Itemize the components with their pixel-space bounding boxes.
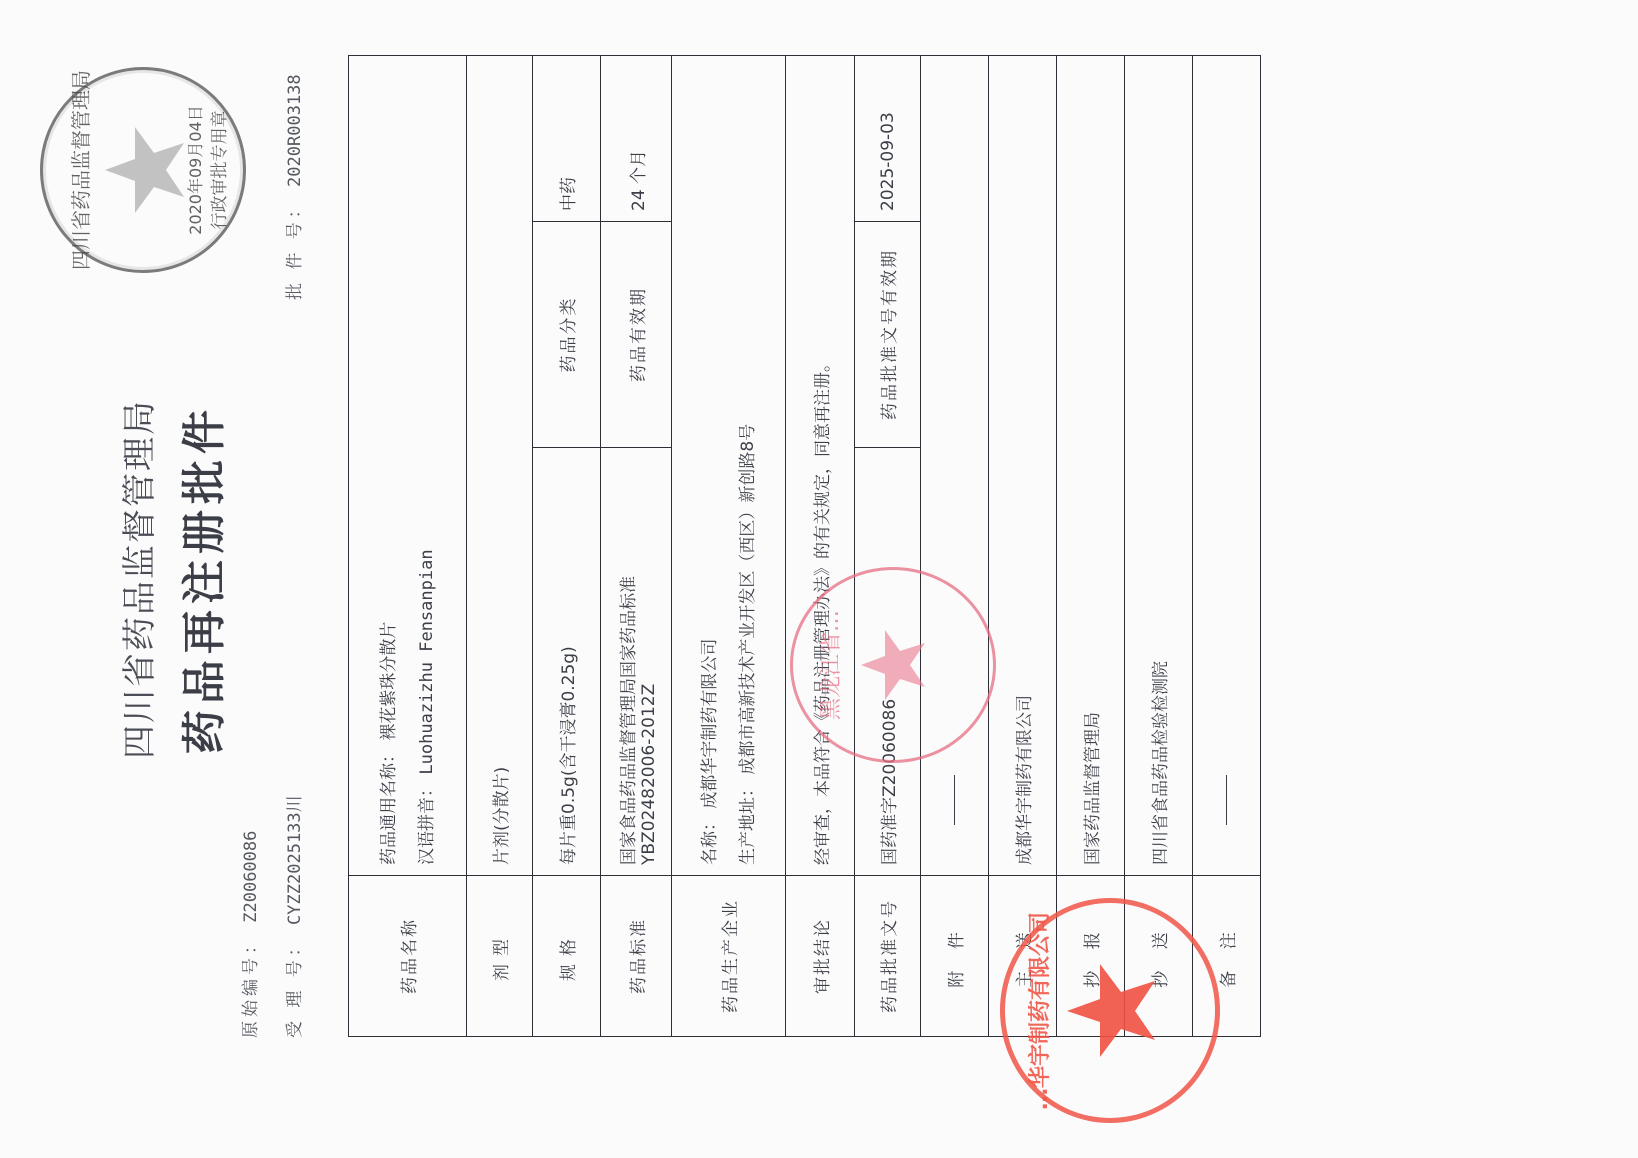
issuing-authority: 四川省药品监督管理局 bbox=[112, 0, 161, 1158]
row-copy-to: 抄 送 四川省食品药品检验检测院 bbox=[1125, 56, 1193, 1037]
generic-name-label: 药品通用名称： bbox=[379, 746, 399, 865]
row-conclusion: 审批结论 经审查，本品符合《药品注册管理办法》的有关规定，同意再注册。 bbox=[786, 56, 855, 1037]
acceptance-number-label: 受 理 号： bbox=[285, 935, 305, 1038]
standard-value: 国家食品药品监督管理局国家药品标准 YBZ02482006-2012Z bbox=[601, 448, 672, 876]
row-drug-name: 药品名称 药品通用名称： 裸花紫珠分散片 汉语拼音： Luohuazizhu F… bbox=[349, 56, 467, 1037]
validity-label: 药品批准文号有效期 bbox=[855, 222, 921, 448]
attachment-value bbox=[921, 56, 989, 876]
row-main-recipient: 主 送 成都华宇制药有限公司 bbox=[989, 56, 1057, 1037]
category-value: 中药 bbox=[533, 56, 601, 222]
main-recipient-label: 主 送 bbox=[989, 876, 1057, 1037]
approval-doc-value: 国药准字Z20060086 bbox=[855, 448, 921, 876]
pinyin-value: Luohuazizhu Fensanpian bbox=[417, 549, 437, 774]
row-approval-doc: 药品批准文号 国药准字Z20060086 药品批准文号有效期 2025-09-0… bbox=[855, 56, 921, 1037]
manufacturer-name-label: 名称： bbox=[700, 814, 720, 865]
original-number-label: 原始编号： bbox=[241, 933, 261, 1038]
manufacturer-name: 名称： 成都华宇制药有限公司 bbox=[691, 66, 729, 865]
pinyin-name: 汉语拼音： Luohuazizhu Fensanpian bbox=[408, 66, 446, 865]
remarks-label: 备 注 bbox=[1193, 876, 1261, 1037]
shelf-life-label: 药品有效期 bbox=[601, 222, 672, 448]
empty-dash bbox=[1226, 775, 1227, 825]
approval-number: 批 件 号： 2020R003138 bbox=[280, 74, 305, 300]
dosage-form-value: 片剂(分散片) bbox=[467, 56, 533, 876]
validity-value: 2025-09-03 bbox=[855, 56, 921, 222]
remarks-value bbox=[1193, 56, 1261, 876]
standard-label: 药品标准 bbox=[601, 876, 672, 1037]
acceptance-number: 受 理 号： CYZZ2025133川 bbox=[280, 795, 305, 1038]
original-number-value: Z20060086 bbox=[241, 831, 261, 923]
svg-text:四川省药品监督管理局: 四川省药品监督管理局 bbox=[69, 70, 93, 270]
approval-doc-label: 药品批准文号 bbox=[855, 876, 921, 1037]
shelf-life-value: 24 个月 bbox=[601, 56, 672, 222]
manufacturer-label: 药品生产企业 bbox=[672, 876, 786, 1037]
attachment-label: 附 件 bbox=[921, 876, 989, 1037]
manufacturer-address-label: 生产地址： bbox=[738, 780, 758, 865]
row-standard: 药品标准 国家食品药品监督管理局国家药品标准 YBZ02482006-2012Z… bbox=[601, 56, 672, 1037]
row-report-to: 抄 报 国家药品监督管理局 bbox=[1057, 56, 1125, 1037]
row-manufacturer: 药品生产企业 名称： 成都华宇制药有限公司 生产地址： 成都市高新技术产业开发区… bbox=[672, 56, 786, 1037]
document-title: 药品再注册批件 bbox=[168, 0, 232, 1158]
row-specification: 规格 每片重0.5g(含干浸膏0.25g) 药品分类 中药 bbox=[533, 56, 601, 1037]
original-number: 原始编号： Z20060086 bbox=[236, 831, 261, 1038]
pinyin-label: 汉语拼音： bbox=[417, 780, 437, 865]
approval-number-label: 批 件 号： bbox=[285, 197, 305, 300]
drug-name-cell: 药品通用名称： 裸花紫珠分散片 汉语拼音： Luohuazizhu Fensan… bbox=[349, 56, 467, 876]
main-recipient-value: 成都华宇制药有限公司 bbox=[989, 56, 1057, 876]
conclusion-label: 审批结论 bbox=[786, 876, 855, 1037]
registration-table: 药品名称 药品通用名称： 裸花紫珠分散片 汉语拼音： Luohuazizhu F… bbox=[348, 55, 1261, 1037]
category-label: 药品分类 bbox=[533, 222, 601, 448]
generic-name: 药品通用名称： 裸花紫珠分散片 bbox=[370, 66, 408, 865]
drug-name-label: 药品名称 bbox=[349, 876, 467, 1037]
conclusion-value: 经审查，本品符合《药品注册管理办法》的有关规定，同意再注册。 bbox=[786, 56, 855, 876]
specification-value: 每片重0.5g(含干浸膏0.25g) bbox=[533, 448, 601, 876]
report-to-label: 抄 报 bbox=[1057, 876, 1125, 1037]
empty-dash bbox=[954, 775, 955, 825]
row-remarks: 备 注 bbox=[1193, 56, 1261, 1037]
manufacturer-address: 生产地址： 成都市高新技术产业开发区（西区）新创路8号 bbox=[729, 66, 767, 865]
standard-line-2: YBZ02482006-2012Z bbox=[639, 458, 659, 865]
dosage-form-label: 剂型 bbox=[467, 876, 533, 1037]
copy-to-value: 四川省食品药品检验检测院 bbox=[1125, 56, 1193, 876]
specification-label: 规格 bbox=[533, 876, 601, 1037]
standard-line-1: 国家食品药品监督管理局国家药品标准 bbox=[614, 458, 639, 865]
report-to-value: 国家药品监督管理局 bbox=[1057, 56, 1125, 876]
manufacturer-name-value: 成都华宇制药有限公司 bbox=[700, 639, 720, 809]
document-page: 四川省药品监督管理局 药品再注册批件 原始编号： Z20060086 受 理 号… bbox=[0, 0, 1638, 1158]
copy-to-label: 抄 送 bbox=[1125, 876, 1193, 1037]
approval-number-value: 2020R003138 bbox=[285, 74, 305, 187]
row-dosage-form: 剂型 片剂(分散片) bbox=[467, 56, 533, 1037]
row-attachment: 附 件 bbox=[921, 56, 989, 1037]
manufacturer-cell: 名称： 成都华宇制药有限公司 生产地址： 成都市高新技术产业开发区（西区）新创路… bbox=[672, 56, 786, 876]
acceptance-number-value: CYZZ2025133川 bbox=[285, 795, 305, 925]
manufacturer-address-value: 成都市高新技术产业开发区（西区）新创路8号 bbox=[738, 424, 758, 775]
generic-name-value: 裸花紫珠分散片 bbox=[379, 622, 399, 741]
